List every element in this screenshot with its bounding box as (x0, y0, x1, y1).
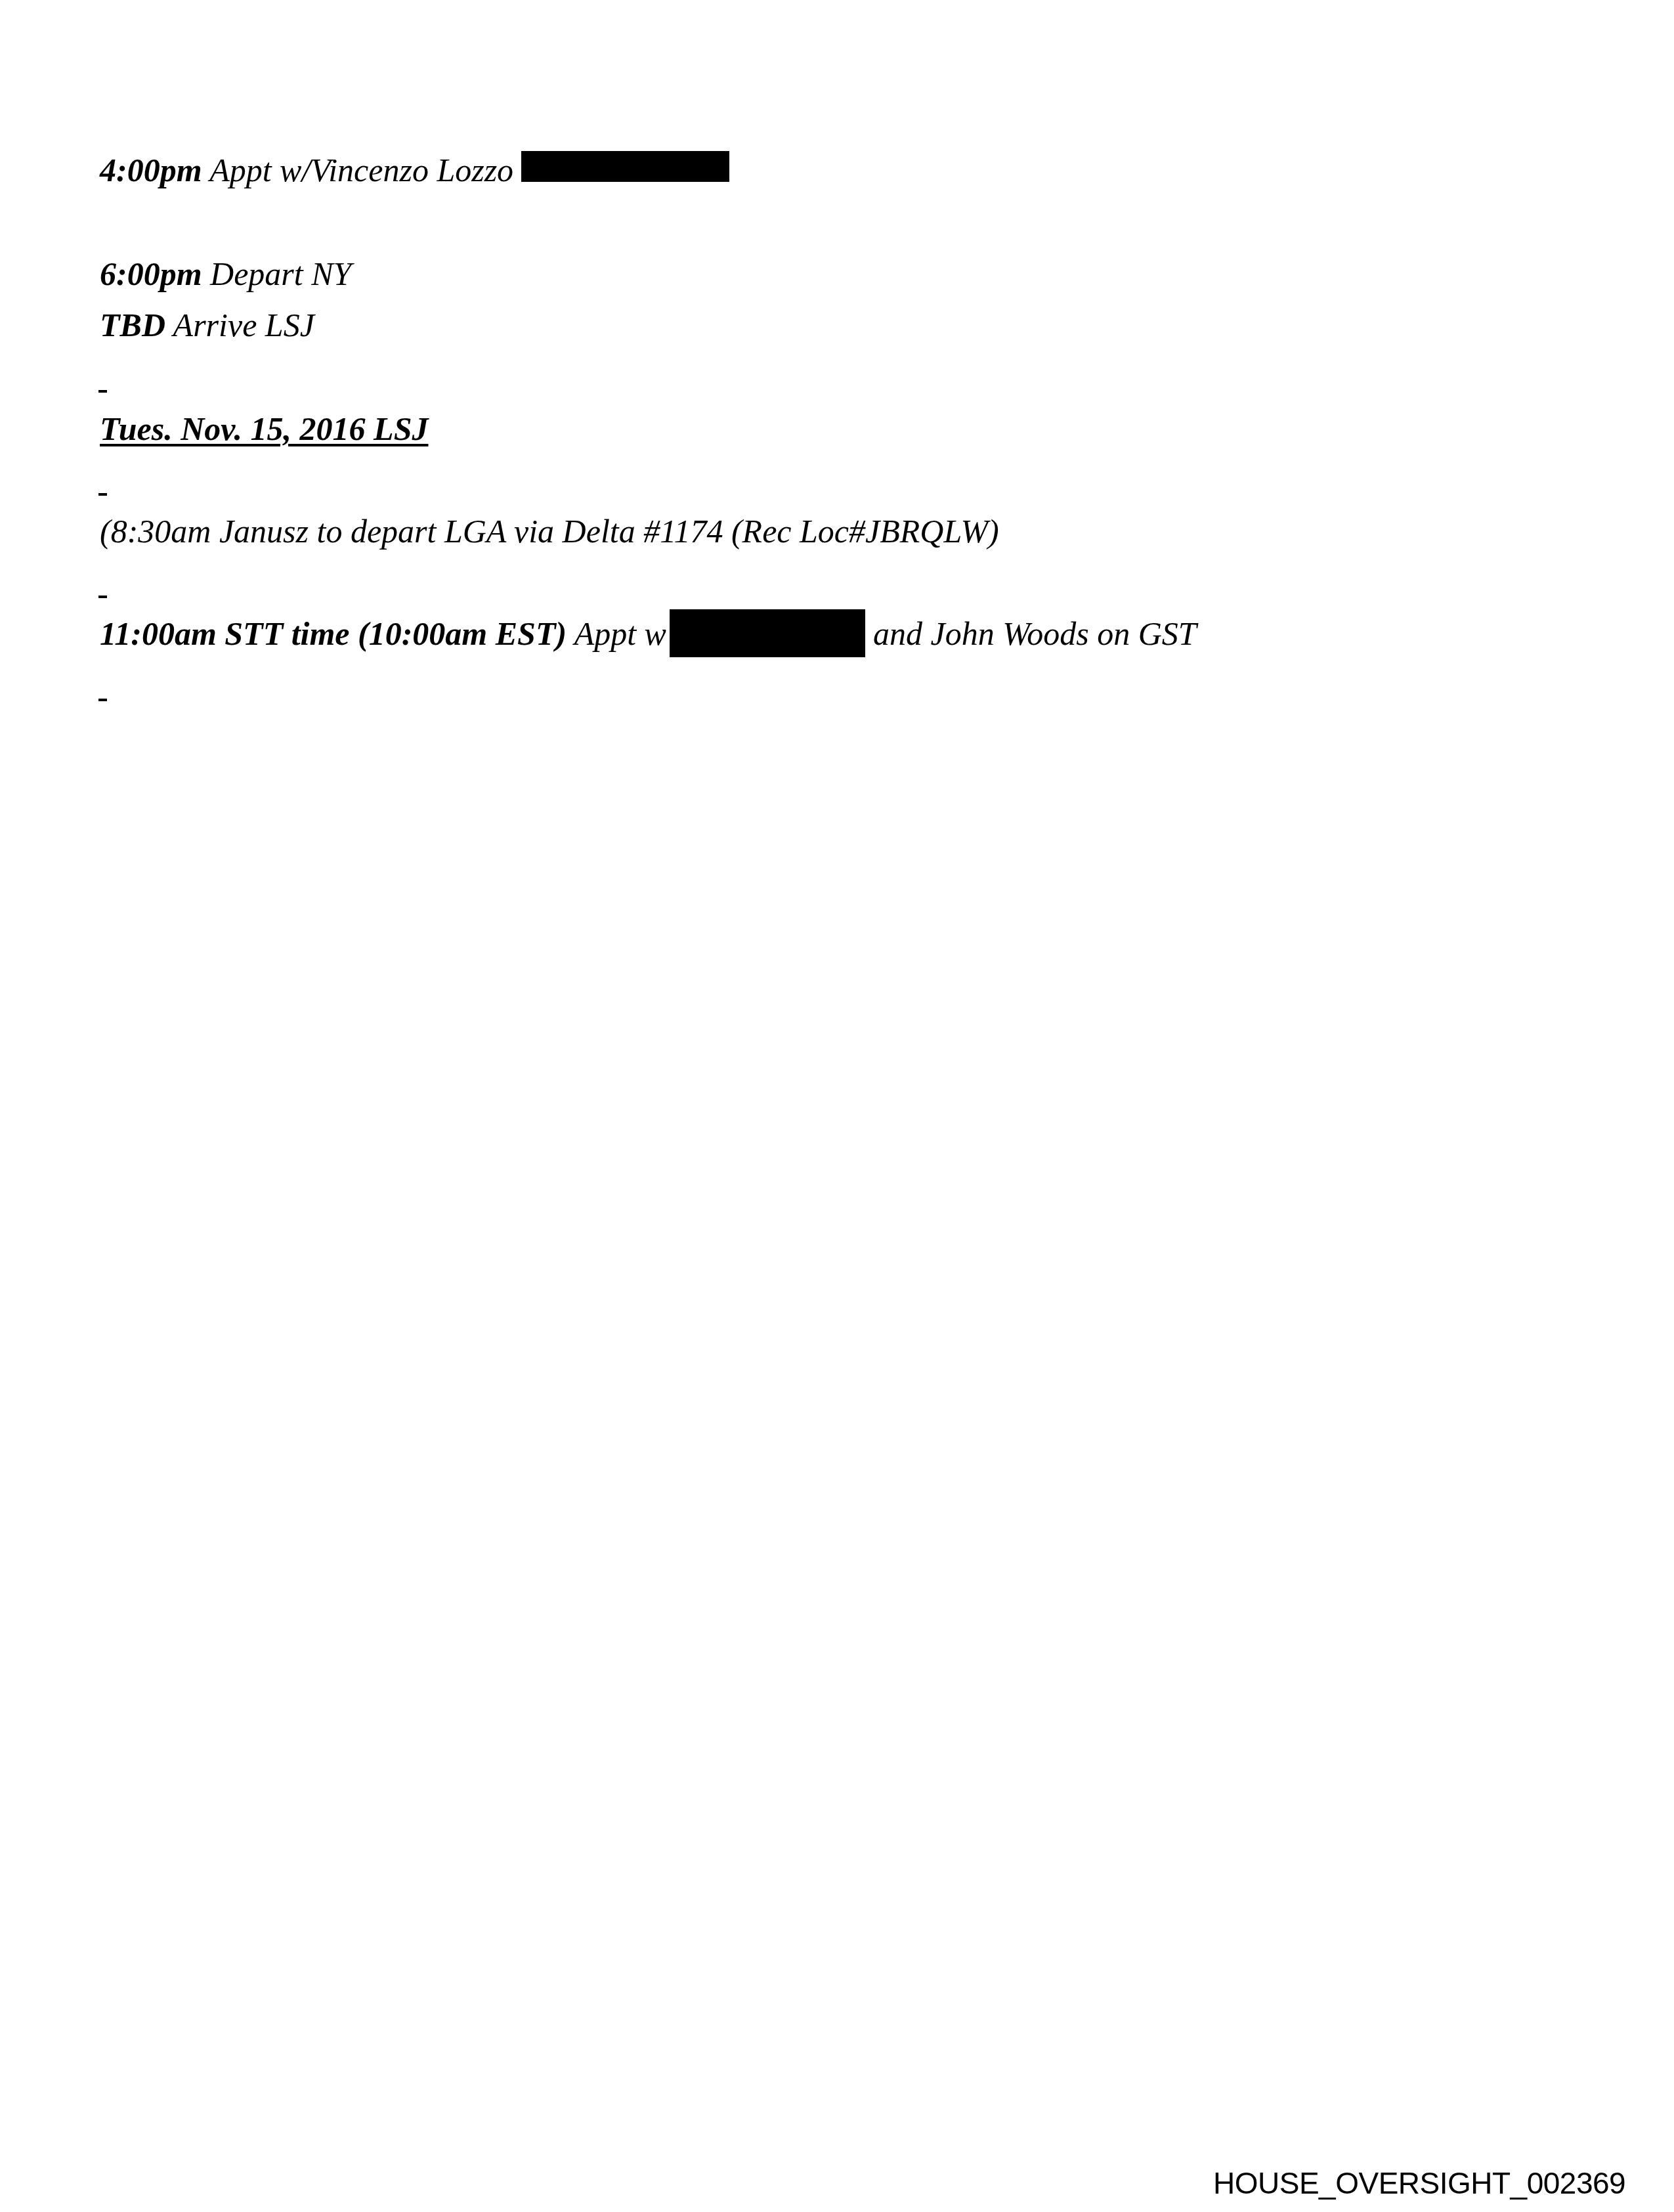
separator-dash (98, 493, 107, 496)
entry-time: 11:00am STT time (10:00am EST) (100, 615, 567, 652)
entry-text: Appt w/Vincenzo Lozzo (202, 152, 514, 188)
separator-dash (98, 596, 107, 598)
redaction-box (670, 609, 865, 657)
entry-time: 6:00pm (100, 255, 202, 292)
entry-4pm: 4:00pm Appt w/Vincenzo Lozzo (100, 154, 513, 186)
entry-tbd: TBD Arrive LSJ (100, 309, 314, 341)
separator-dash (98, 390, 107, 393)
day-heading: Tues. Nov. 15, 2016 LSJ (100, 412, 428, 445)
entry-11am: 11:00am STT time (10:00am EST) Appt w (100, 617, 666, 650)
separator-dash (98, 699, 107, 701)
bates-number: HOUSE_OVERSIGHT_002369 (1213, 2168, 1625, 2198)
flight-note: (8:30am Janusz to depart LGA via Delta #… (100, 515, 999, 548)
entry-text: Depart NY (202, 255, 352, 292)
entry-6pm: 6:00pm Depart NY (100, 257, 351, 290)
redaction-box (521, 151, 729, 182)
entry-time: 4:00pm (100, 152, 202, 188)
entry-text: Arrive LSJ (165, 307, 314, 343)
entry-text-after: and John Woods on GST (873, 617, 1197, 650)
entry-time: TBD (100, 307, 165, 343)
entry-text: Appt w (567, 615, 666, 652)
